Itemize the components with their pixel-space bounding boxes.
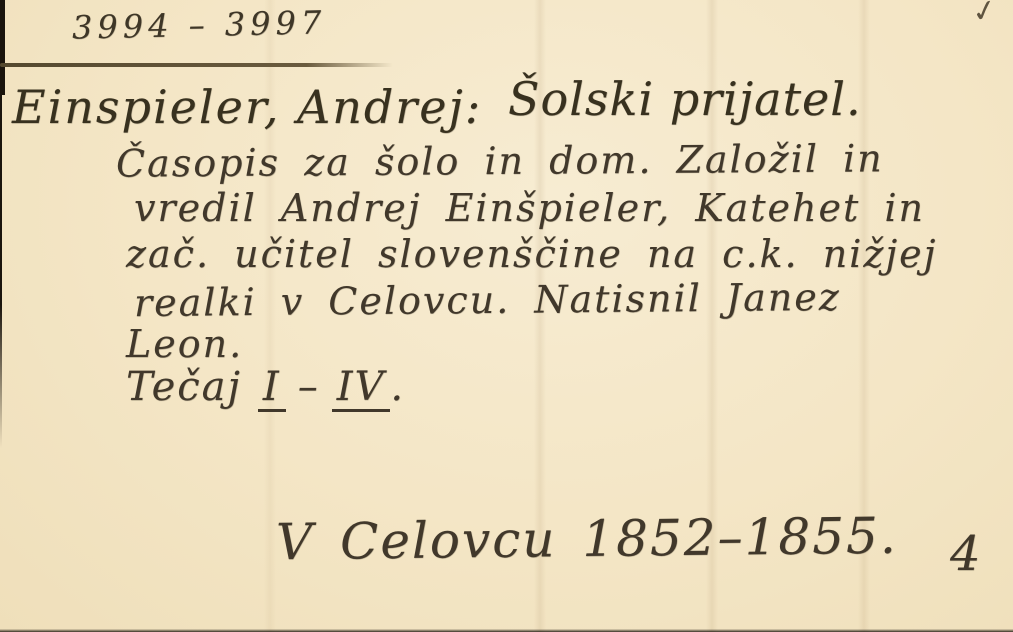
header-rule [0,63,393,67]
volumes-label: Tečaj [126,364,242,410]
catalog-number: 3994 – 3997 [72,3,327,46]
volume-from: I [258,366,286,412]
body-line: Časopis za šolo in dom. Založil in [116,136,884,185]
volume-to: IV [332,366,391,412]
volume-dash: – [298,364,320,410]
body-line: realki v Celovcu. Natisnil Janez [134,275,841,325]
title-heading: Šolski prijatel. [508,72,862,126]
body-line: vredil Andrej Einšpieler, Katehet in [134,186,925,230]
imprint-line: V Celovcu 1852–1855. [276,507,898,572]
author-heading: Einspieler, Andrej: [12,80,482,134]
volumes-period: . [390,364,405,410]
check-mark: ✓ [969,0,1001,31]
scan-edge-left [0,0,2,448]
volumes-line: TečajI–IV. [126,364,405,412]
catalog-card: 3994 – 3997 ✓ Einspieler, Andrej: Šolski… [0,0,1013,632]
body-line: Leon. [126,322,243,366]
body-line: zač. učitel slovenščine na c.k. nižjej [126,232,937,276]
page-number: 4 [950,526,981,582]
